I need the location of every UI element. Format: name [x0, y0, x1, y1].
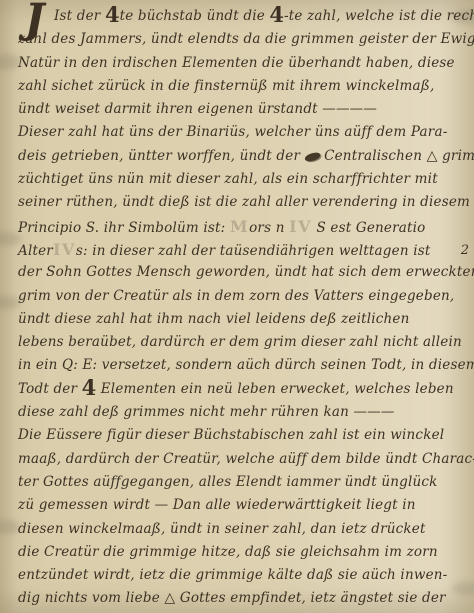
word-segment: Todt der	[18, 381, 82, 397]
word-segment: Alter	[18, 243, 53, 259]
word-segment: dig nichts vom liebe	[18, 590, 164, 606]
word-segment: zahl des Jammers, ündt elendts da die gr…	[18, 31, 474, 47]
manuscript-line: dig nichts vom liebe △ Gottes empfindet,…	[18, 587, 466, 610]
word-segment: grim	[438, 148, 474, 164]
large-numeral-4: 4	[82, 375, 97, 400]
word-segment: ündt diese zahl hat ihm nach viel leiden…	[18, 311, 410, 327]
manuscript-line: zahl sichet zürück in die finsternüß mit…	[18, 75, 466, 98]
manuscript-line: Dieser zahl hat üns der Binariüs, welche…	[18, 121, 466, 144]
manuscript-line: entzündet wirdt, ietz die grimmige kälte…	[18, 564, 466, 587]
manuscript-line: zü gemessen wirdt — Dan alle wiederwärtt…	[18, 494, 466, 517]
word-segment: lebens beraübet, dardürch er dem grim di…	[18, 334, 462, 350]
word-segment: Ist der	[54, 8, 105, 24]
ink-bleedthrough-smudge	[0, 296, 20, 309]
manuscript-line: Natür in den irdischen Elementen die übe…	[18, 52, 466, 75]
word-segment: grim von der Creatür als in dem zorn des…	[18, 288, 454, 304]
manuscript-line: züchtiget üns nün mit dieser zahl, als e…	[18, 168, 466, 191]
word-segment: die Creatür die grimmige hitze, daß sie …	[18, 544, 438, 560]
word-segment: zü gemessen wirdt — Dan alle wiederwärtt…	[18, 497, 416, 513]
word-segment: diese zahl deß grimmes nicht mehr rühren…	[18, 404, 395, 420]
manuscript-line: maaß, dardürch der Creatür, welche aüff …	[18, 448, 466, 471]
large-numeral-4: 4	[269, 2, 284, 27]
word-segment: maaß, dardürch der Creatür, welche aüff …	[18, 451, 474, 467]
manuscript-line: diesen winckelmaaß, ündt in seiner zahl,…	[18, 518, 466, 541]
word-segment: diesen winckelmaaß, ündt in seiner zahl,…	[18, 521, 426, 537]
word-segment: deis getrieben, üntter worffen, ündt der	[18, 148, 305, 164]
manuscript-line: Principio S. ihr Simbolüm ist: Mors n IV…	[18, 215, 466, 238]
word-segment: Centralischen	[320, 148, 427, 164]
word-segment: entzündet wirdt, ietz die grimmige kälte…	[18, 567, 447, 583]
fire-triangle-symbol: △	[427, 148, 438, 164]
scribble-mark	[304, 152, 321, 162]
faded-ghost-letters: IV	[289, 217, 312, 236]
manuscript-line: die Creatür die grimmige hitze, daß sie …	[18, 541, 466, 564]
word-segment: Dieser zahl hat üns der Binariüs, welche…	[18, 124, 447, 140]
faded-ghost-letters: M	[230, 217, 249, 236]
word-segment: te büchstab ündt die	[120, 8, 270, 24]
manuscript-line: Die Eüssere figür dieser Büchstabischen …	[18, 424, 466, 447]
manuscript-line: deis getrieben, üntter worffen, ündt der…	[18, 145, 466, 168]
word-segment: Die Eüssere figür dieser Büchstabischen …	[18, 427, 444, 443]
word-segment: der Sohn Gottes Mensch geworden, ündt ha…	[18, 264, 474, 280]
manuscript-line: ter Gottes aüffgegangen, alles Elendt ia…	[18, 471, 466, 494]
manuscript-line: Ist der 4te büchstab ündt die 4-te zahl,…	[18, 5, 466, 28]
large-numeral-4: 4	[105, 2, 120, 27]
word-segment: -te zahl, welche ist die rechte	[284, 8, 474, 24]
manuscript-line: lebens beraübet, dardürch er dem grim di…	[18, 331, 466, 354]
manuscript-line: AlterIVs: in dieser zahl der taüsendiähr…	[18, 238, 466, 261]
manuscript-line: zahl des Jammers, ündt elendts da die gr…	[18, 28, 466, 51]
manuscript-line: grim von der Creatür als in dem zorn des…	[18, 285, 466, 308]
word-segment: Natür in den irdischen Elementen die übe…	[18, 55, 455, 71]
faded-ghost-letters: IV	[53, 240, 76, 259]
ink-bleedthrough-smudge	[0, 520, 20, 534]
word-segment: Gottes empfindet, ietz ängstet sie der	[175, 590, 445, 606]
ink-bleedthrough-smudge	[0, 54, 20, 70]
manuscript-line: ündt diese zahl hat ihm nach viel leiden…	[18, 308, 466, 331]
word-segment: seiner rüthen, ündt dieß ist die zahl al…	[18, 194, 470, 210]
manuscript-line: ündt weiset darmit ihren eigenen ürstand…	[18, 98, 466, 121]
manuscript-line: diese zahl deß grimmes nicht mehr rühren…	[18, 401, 466, 424]
manuscript-page: J 2 Ist der 4te büchstab ündt die 4-te z…	[0, 0, 474, 613]
manuscript-line: seiner rüthen, ündt dieß ist die zahl al…	[18, 191, 466, 214]
manuscript-line: Todt der 4 Elementen ein neü leben erwec…	[18, 378, 466, 401]
manuscript-line: der Sohn Gottes Mensch geworden, ündt ha…	[18, 261, 466, 284]
word-segment: zahl sichet zürück in die finsternüß mit…	[18, 78, 434, 94]
fire-triangle-symbol: △	[164, 590, 175, 606]
word-segment: s: in dieser zahl der taüsendiährigen we…	[76, 243, 431, 259]
word-segment: züchtiget üns nün mit dieser zahl, als e…	[18, 171, 438, 187]
word-segment: in ein Q: E: versetzet, sondern aüch dür…	[18, 357, 474, 373]
word-segment: ündt weiset darmit ihren eigenen ürstand…	[18, 101, 377, 117]
word-segment: ors n	[249, 220, 289, 236]
word-segment: ter Gottes aüffgegangen, alles Elendt ia…	[18, 474, 438, 490]
word-segment: S est Generatio	[312, 220, 426, 236]
word-segment: Elementen ein neü leben erwecket, welche…	[96, 381, 454, 397]
manuscript-text-block: Ist der 4te büchstab ündt die 4-te zahl,…	[18, 5, 466, 611]
word-segment: Principio S. ihr Simbolüm ist:	[18, 220, 230, 236]
